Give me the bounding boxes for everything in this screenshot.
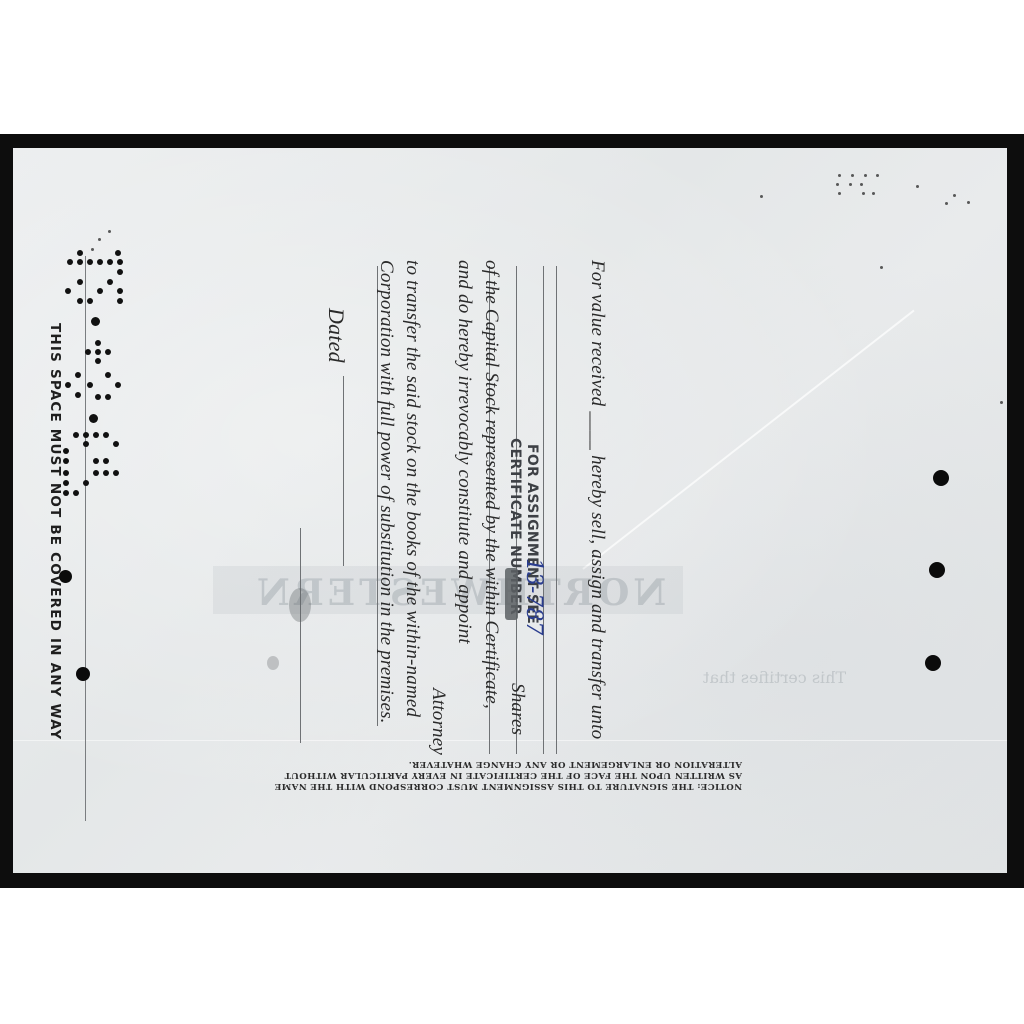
perforation-dot [117,288,123,294]
pin-hole [860,183,863,186]
perforation-dot [107,259,113,265]
perforation-dot [63,448,69,454]
perforation-dot [97,288,103,294]
perforation-dot [95,394,101,400]
perforation-dot [103,470,109,476]
pin-hole [967,201,970,204]
paper-crease [582,310,914,570]
perforation-dot [77,250,83,256]
perforation-dot [77,259,83,265]
left-margin-notice: THIS SPACE MUST NOT BE COVERED IN ANY WA… [47,323,63,740]
perforation-dot [97,259,103,265]
rule-line [343,376,344,566]
assignment-line-4: to transfer the said stock on the books … [401,260,423,717]
punch-hole [59,570,72,583]
punch-hole [933,470,949,486]
pin-hole [760,195,763,198]
perforation-dot [113,470,119,476]
assignment-line-5: Corporation with full power of substitut… [375,260,397,724]
pin-hole [849,183,852,186]
margin-line [85,256,86,821]
perforation-dot [117,269,123,275]
pin-hole [862,192,865,195]
perforation-dot [117,259,123,265]
perforation-dot [77,279,83,285]
perforation-dot [83,432,89,438]
perforation-dot [115,382,121,388]
signature-line [300,528,301,743]
assignment-line-2: of the Capital Stock represented by the … [480,260,502,709]
perforation-dot [65,288,71,294]
punch-hole [76,667,90,681]
pin-hole [91,248,94,251]
perforation-dot [75,372,81,378]
perforation-dot [93,432,99,438]
pin-hole [1000,401,1003,404]
perforation-dot [67,259,73,265]
assignment-line-1: For value received ____ hereby sell, ass… [586,260,608,739]
stain [289,588,311,622]
dated-label: Dated [323,308,349,363]
perforation-dot [83,480,89,486]
perforation-dot [105,349,111,355]
certificate-paper: NORTHWESTERN This certifies that For val… [13,148,1007,873]
assignment-attorney-label: Attorney [427,688,449,755]
perforation-dot [105,394,111,400]
perforation-dot [63,470,69,476]
pin-hole [880,266,883,269]
handwritten-certificate-number: 13-787 [521,558,546,635]
perforation-dot [63,480,69,486]
perforation-dot [85,349,91,355]
perforation-dot [73,432,79,438]
perforation-dot [103,432,109,438]
perforation-dot [65,382,71,388]
perforation-dot [91,317,100,326]
pin-hole [851,174,854,177]
assignment-shares-label: Shares [506,683,528,735]
perforation-dot [77,298,83,304]
pin-hole [953,194,956,197]
perforation-dot [107,279,113,285]
perforation-dot [87,298,93,304]
rule-line [543,266,544,754]
perforation-dot [93,458,99,464]
perforation-dot [93,470,99,476]
pin-hole [836,183,839,186]
perforation-dot [75,392,81,398]
perforation-dot [87,259,93,265]
perforation-dot [105,372,111,378]
pin-hole [838,192,841,195]
perforation-dot [87,382,93,388]
perforation-dot [115,250,121,256]
perforation-dot [117,298,123,304]
assignment-line-3: and do hereby irrevocably constitute and… [453,260,475,644]
pin-hole [864,174,867,177]
pin-hole [916,185,919,188]
perforation-dot [63,490,69,496]
perforation-dot [95,349,101,355]
perforation-dot [73,490,79,496]
punch-hole [925,655,941,671]
ink-smudge [505,568,518,620]
perforation-dot [89,414,98,423]
pin-hole [876,174,879,177]
perforation-dot [113,441,119,447]
stain [267,656,279,670]
pin-hole [838,174,841,177]
paper-crease [13,740,1007,741]
punch-hole [929,562,945,578]
rule-line [556,266,557,754]
perforation-dot [95,340,101,346]
show-through-line: This certifies that [703,668,846,687]
perforation-dot [103,458,109,464]
signature-notice: NOTICE: THE SIGNATURE TO THIS ASSIGNMENT… [262,758,742,791]
perforation-dot [63,458,69,464]
perforation-dot [83,441,89,447]
pin-hole [872,192,875,195]
perforation-dot [95,358,101,364]
pin-hole [108,230,111,233]
pin-hole [98,238,101,241]
pin-hole [945,202,948,205]
